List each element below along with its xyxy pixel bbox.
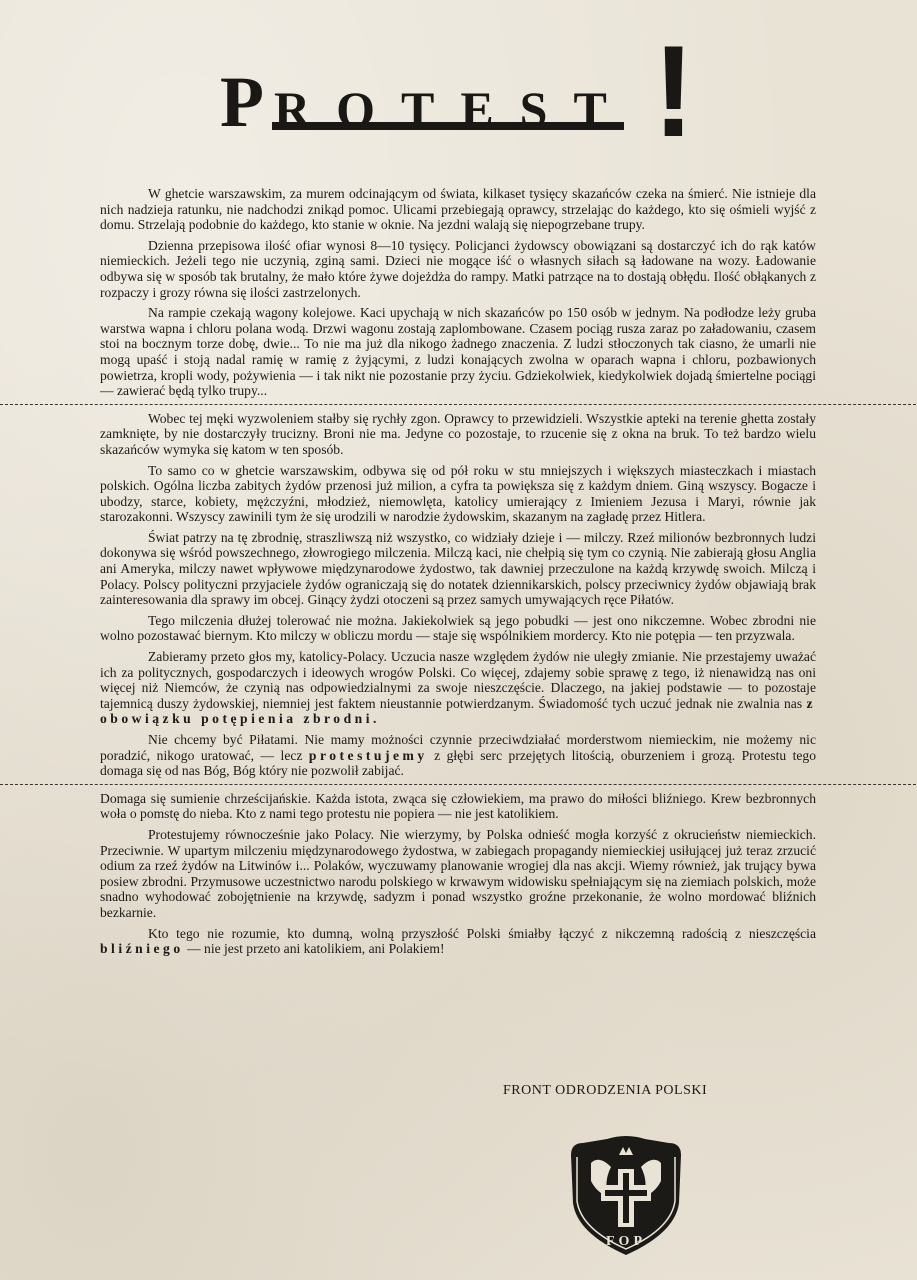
dashed-divider — [0, 784, 916, 785]
paragraph-pilatami: Nie chcemy być Piłatami. Nie mamy możnoś… — [100, 732, 816, 779]
signature: FRONT ODRODZENIA POLSKI — [503, 1083, 707, 1099]
paragraph: W ghetcie warszawskim, za murem odcinają… — [100, 186, 816, 233]
svg-text:FOP: FOP — [606, 1234, 646, 1249]
title-initial: P — [220, 62, 274, 142]
document-body: W ghetcie warszawskim, za murem odcinają… — [100, 186, 816, 962]
paragraph: Protestujemy równocześnie jako Polacy. N… — [100, 827, 816, 921]
paragraph-text: — nie jest przeto ani katolikiem, ani Po… — [184, 941, 445, 956]
emphasis-text: bliźniego — [100, 941, 184, 956]
paragraph: To samo co w ghetcie warszawskim, odbywa… — [100, 463, 816, 525]
paragraph: Dzienna przepisowa ilość ofiar wynosi 8—… — [100, 238, 816, 300]
paragraph-zabieramy: Zabieramy przeto głos my, katolicy-Polac… — [100, 649, 816, 727]
paragraph: Tego milczenia dłużej tolerować nie możn… — [100, 613, 816, 644]
dashed-divider — [0, 404, 916, 405]
paragraph-text: Kto tego nie rozumie, kto dumną, wolną p… — [148, 926, 816, 941]
emphasis-text: protestujemy — [309, 748, 428, 763]
eagle-cross-shield-icon: FOP — [563, 1133, 689, 1257]
paragraph-final: Kto tego nie rozumie, kto dumną, wolną p… — [100, 926, 816, 957]
paragraph: Domaga się sumienie chrześcijańskie. Każ… — [100, 791, 816, 822]
paragraph: Świat patrzy na tę zbrodnię, straszliwsz… — [100, 530, 816, 608]
paragraph: Wobec tej męki wyzwoleniem stałby się ry… — [100, 411, 816, 458]
title-underline — [272, 122, 624, 130]
paragraph-text: Zabieramy przeto głos my, katolicy-Polac… — [100, 649, 816, 711]
title-block: PROTEST ! — [220, 28, 700, 153]
paragraph: Na rampie czekają wagony kolejowe. Kaci … — [100, 305, 816, 399]
exclamation-mark: ! — [653, 26, 694, 156]
